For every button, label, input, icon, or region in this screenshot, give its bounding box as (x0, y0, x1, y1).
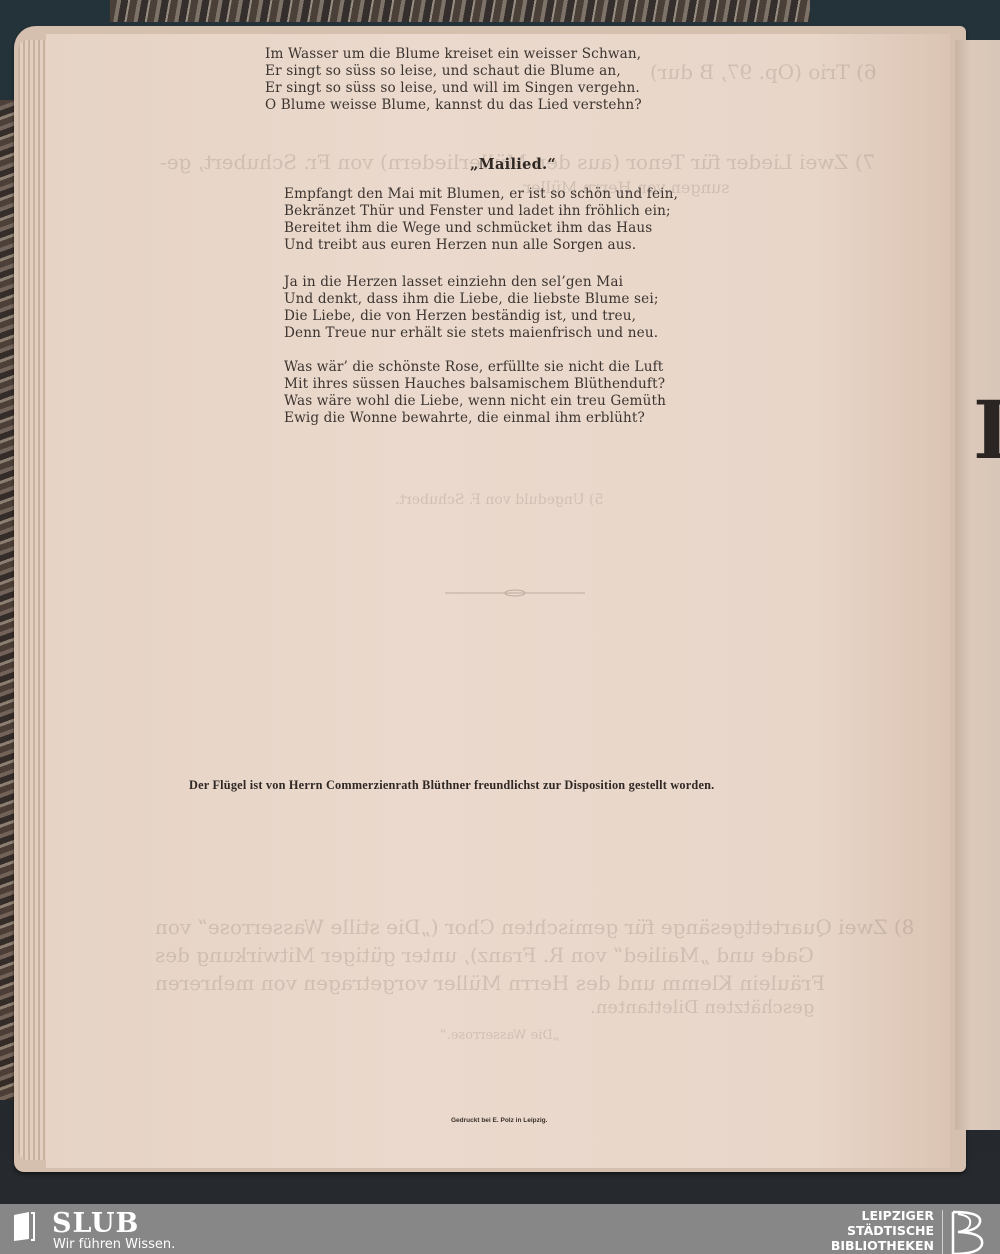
verse-line: Empfangt den Mai mit Blumen, er ist so s… (284, 186, 678, 203)
verse-line: Und treibt aus euren Herzen nun alle Sor… (284, 237, 678, 254)
verse-line: Die Liebe, die von Herzen beständig ist,… (284, 308, 659, 325)
bleed-text: „Die Wasserrose.“ (440, 1028, 560, 1043)
verse-line: Im Wasser um die Blume kreiset ein weiss… (265, 46, 642, 63)
slub-logo-text[interactable]: SLUB (52, 1208, 139, 1239)
slub-book-icon (12, 1211, 36, 1241)
bleed-text: 5) Ungeduld von F. Schubert. (395, 492, 603, 508)
bleed-text: 8) Zwei Quartettgesänge für gemischten C… (155, 915, 914, 939)
verse-line: Bereitet ihm die Wege und schmücket ihm … (284, 220, 678, 237)
verse-line: Mit ihres süssen Hauches balsamischem Bl… (284, 376, 666, 393)
marbled-edge-top (110, 0, 810, 22)
lsb-b-logo-icon (950, 1210, 986, 1254)
facing-page: I (955, 40, 1000, 1130)
verse-line: Was wäre wohl die Liebe, wenn nicht ein … (284, 393, 666, 410)
lsb-line: STÄDTISCHE (831, 1223, 934, 1238)
verse-line: Er singt so süss so leise, und schaut di… (265, 63, 642, 80)
song-title: „Mailied.“ (470, 156, 556, 173)
printer-imprint: Gedruckt bei E. Polz in Leipzig. (451, 1117, 547, 1124)
verse-line: Denn Treue nur erhält sie stets maienfri… (284, 325, 659, 342)
stanza-1: Empfangt den Mai mit Blumen, er ist so s… (284, 186, 678, 254)
verse-line: Bekränzet Thür und Fenster und ladet ihn… (284, 203, 678, 220)
lsb-logo-text[interactable]: LEIPZIGER STÄDTISCHE BIBLIOTHEKEN (831, 1208, 934, 1253)
bleed-text: Gade und „Mailied“ von R. Franz), unter … (155, 943, 814, 967)
facing-page-initial: I (973, 390, 1000, 470)
footer-divider (942, 1210, 943, 1254)
lsb-line: LEIPZIGER (831, 1208, 934, 1223)
stanza-2: Ja in die Herzen lasset einziehn den sel… (284, 274, 659, 342)
bleed-text: geschätzten Dilettanten. (590, 997, 814, 1018)
verse-line: Er singt so süss so leise, und will im S… (265, 80, 642, 97)
ornament-divider (445, 588, 585, 598)
slub-tagline: Wir führen Wissen. (53, 1237, 175, 1252)
lsb-line: BIBLIOTHEKEN (831, 1238, 934, 1253)
verse-line: Und denkt, dass ihm die Liebe, die liebs… (284, 291, 659, 308)
page-edges (18, 40, 48, 1160)
bleed-text: 6) Trio (Op. 97, B dur) (650, 60, 877, 84)
verse-line: O Blume weisse Blume, kannst du das Lied… (265, 97, 642, 114)
piano-credit-note: Der Flügel ist von Herrn Commerzienrath … (189, 778, 714, 793)
stanza-3: Was wär’ die schönste Rose, erfüllte sie… (284, 359, 666, 427)
bleed-text: Fräulein Klemm und des Herrn Müller vorg… (155, 971, 825, 995)
top-stanza: Im Wasser um die Blume kreiset ein weiss… (265, 46, 642, 114)
footer-bar: SLUB Wir führen Wissen. LEIPZIGER STÄDTI… (0, 1204, 1000, 1254)
verse-line: Ewig die Wonne bewahrte, die einmal ihm … (284, 410, 666, 427)
verse-line: Ja in die Herzen lasset einziehn den sel… (284, 274, 659, 291)
verse-line: Was wär’ die schönste Rose, erfüllte sie… (284, 359, 666, 376)
